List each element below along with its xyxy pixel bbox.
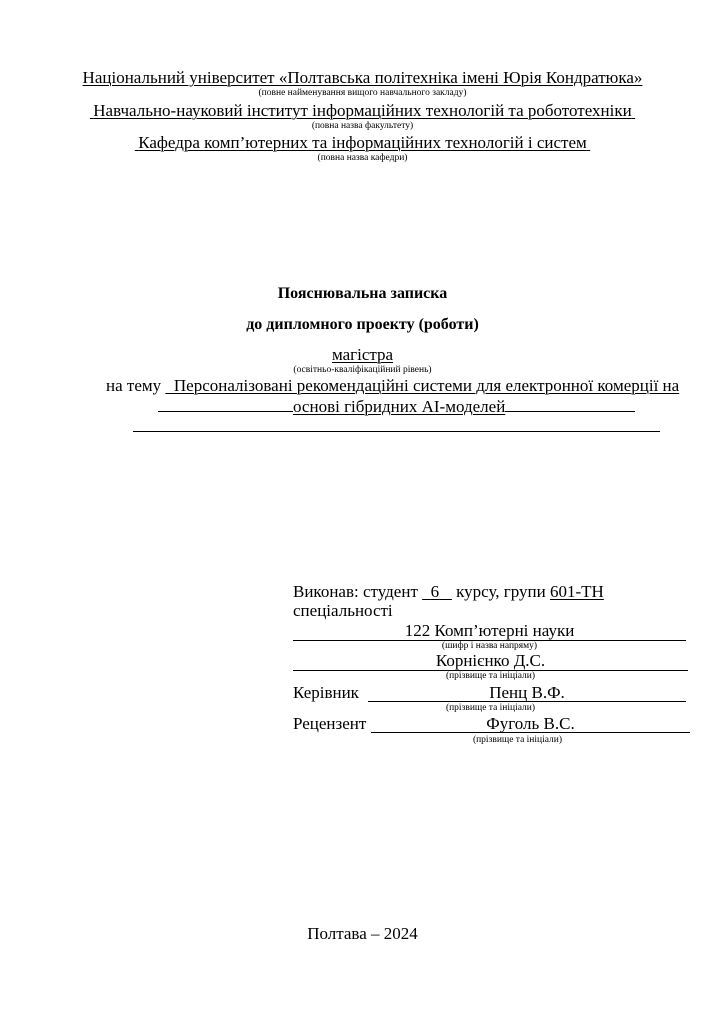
group-value: 601-ТН — [550, 582, 604, 601]
supervisor-line: Керівник Пенц В.Ф. — [293, 683, 688, 702]
university-name-text: Національний університет «Полтавська пол… — [83, 68, 643, 87]
department-caption: (повна назва кафедри) — [0, 153, 725, 164]
reviewer-caption: (прізвище та ініціали) — [370, 735, 665, 746]
performed-by-line: Виконав: студент 6 курсу, групи 601-ТН — [293, 582, 604, 602]
reviewer-field: Фуголь В.С. — [371, 714, 690, 733]
course-label: курсу, групи — [456, 582, 546, 601]
topic-text-2: основі гібридних AI-моделей — [293, 397, 505, 416]
topic-line-2: основі гібридних AI-моделей — [158, 397, 635, 417]
blank-line — [158, 397, 293, 412]
topic-prefix: на тему — [106, 376, 161, 395]
department-name: Кафедра комп’ютерних та інформаційних те… — [0, 133, 725, 153]
performed-label: Виконав: студент — [293, 582, 418, 601]
supervisor-field: Пенц В.Ф. — [368, 683, 686, 702]
degree-level-text: магістра — [332, 345, 393, 364]
student-value: Корнієнко Д.С. — [436, 651, 545, 670]
document-title: Пояснювальна записка — [0, 285, 725, 303]
course-value: 6 — [422, 582, 452, 601]
supervisor-value: Пенц В.Ф. — [489, 683, 565, 702]
degree-level: магістра — [0, 345, 725, 365]
student-caption: (прізвище та ініціали) — [293, 671, 688, 682]
degree-caption: (освітньо-кваліфікаційний рівень) — [0, 365, 725, 376]
supervisor-caption: (прізвище та ініціали) — [293, 703, 688, 714]
institute-name-text: Навчально-науковий інститут інформаційни… — [90, 101, 635, 120]
topic-blank-line — [133, 416, 660, 432]
specialty-value: 122 Комп’ютерні науки — [405, 621, 575, 640]
university-name: Національний університет «Полтавська пол… — [0, 68, 725, 88]
blank-line — [505, 397, 635, 412]
specialty-label: спеціальності — [293, 601, 393, 621]
department-name-text: Кафедра комп’ютерних та інформаційних те… — [135, 133, 590, 152]
topic-line-1: на тему Персоналізовані рекомендаційні с… — [106, 376, 679, 396]
supervisor-label: Керівник — [293, 683, 359, 702]
specialty-line: 122 Комп’ютерні науки — [293, 621, 686, 641]
topic-text-1: Персоналізовані рекомендаційні системи д… — [165, 376, 679, 395]
city-year: Полтава – 2024 — [0, 924, 725, 944]
reviewer-value: Фуголь В.С. — [486, 714, 574, 733]
institute-caption: (повна назва факультету) — [0, 121, 725, 132]
institute-name: Навчально-науковий інститут інформаційни… — [0, 101, 725, 121]
student-line: Корнієнко Д.С. — [293, 651, 688, 671]
reviewer-label: Рецензент — [293, 714, 366, 733]
document-subtitle: до дипломного проекту (роботи) — [0, 316, 725, 334]
reviewer-line: Рецензент Фуголь В.С. — [293, 714, 690, 733]
university-caption: (повне найменування вищого навчального з… — [0, 88, 725, 99]
